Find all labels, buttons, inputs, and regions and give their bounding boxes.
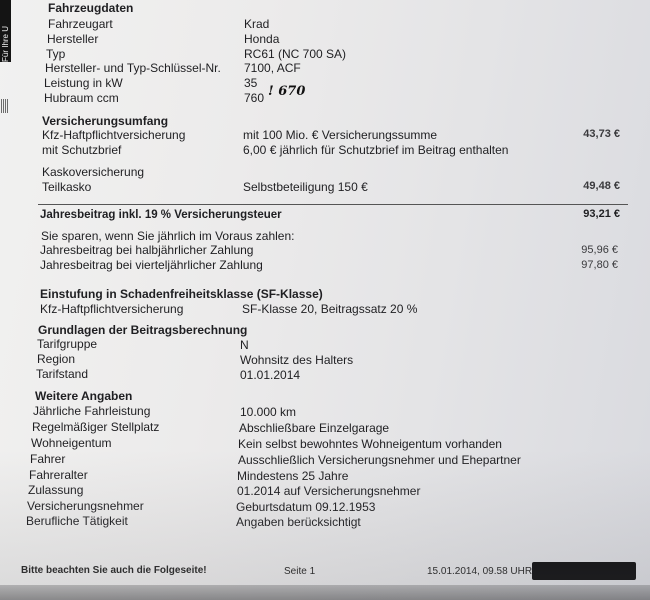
basis-value-tariff-group: N — [240, 338, 249, 352]
basis-heading: Grundlagen der Beitragsberechnung — [38, 323, 247, 337]
savings-intro: Sie sparen, wenn Sie jährlich im Voraus … — [41, 229, 294, 243]
half-yearly-amount: 95,96 € — [538, 244, 618, 256]
partial-casco-amount: 49,48 € — [540, 180, 620, 192]
quarterly-amount: 97,80 € — [538, 259, 618, 271]
protection-letter-label: mit Schutzbrief — [42, 143, 121, 157]
further-label-policyholder: Versicherungsnehmer — [27, 499, 144, 513]
coverage-heading: Versicherungsumfang — [42, 114, 168, 128]
liability-value: mit 100 Mio. € Versicherungssumme — [243, 128, 437, 142]
vehicle-value-model: RC61 (NC 700 SA) — [244, 47, 346, 61]
vehicle-value-type: Krad — [244, 17, 269, 31]
liability-label: Kfz-Haftpflichtversicherung — [42, 128, 185, 142]
further-heading: Weitere Angaben — [35, 389, 132, 403]
partial-casco-label: Teilkasko — [42, 180, 91, 194]
further-label-driver-age: Fahreralter — [29, 468, 88, 482]
vehicle-label-type: Fahrzeugart — [48, 17, 113, 31]
total-amount: 93,21 € — [540, 208, 620, 220]
redaction-bar — [532, 562, 636, 580]
further-value-policyholder: Geburtsdatum 09.12.1953 — [236, 500, 375, 514]
photo-shadow — [0, 585, 650, 600]
vehicle-label-key-number: Hersteller- und Typ-Schlüssel-Nr. — [45, 61, 221, 75]
print-timestamp: 15.01.2014, 09.58 UHR — [427, 566, 532, 577]
page-number: Seite 1 — [284, 566, 315, 577]
vehicle-heading: Fahrzeugdaten — [48, 1, 133, 15]
further-label-parking: Regelmäßiger Stellplatz — [32, 420, 159, 434]
total-label: Jahresbeitrag inkl. 19 % Versicherungste… — [40, 208, 282, 222]
further-value-driver: Ausschließlich Versicherungsnehmer und E… — [238, 453, 521, 467]
sf-class-value: SF-Klasse 20, Beitragssatz 20 % — [242, 302, 417, 316]
further-label-occupation: Berufliche Tätigkeit — [26, 514, 128, 528]
further-value-parking: Abschließbare Einzelgarage — [239, 421, 389, 435]
basis-label-tariff-date: Tarifstand — [36, 367, 88, 381]
vehicle-value-displacement: 760 — [244, 91, 264, 105]
further-label-mileage: Jährliche Fahrleistung — [33, 404, 150, 418]
vehicle-label-model: Typ — [46, 47, 65, 61]
liability-amount: 43,73 € — [540, 128, 620, 140]
basis-label-tariff-group: Tarifgruppe — [37, 337, 97, 351]
sf-class-heading: Einstufung in Schadenfreiheitsklasse (SF… — [40, 287, 323, 301]
basis-label-region: Region — [37, 352, 75, 366]
quarterly-label: Jahresbeitrag bei vierteljährlicher Zahl… — [40, 258, 263, 272]
vehicle-value-key-number: 7100, ACF — [244, 61, 301, 75]
further-value-mileage: 10.000 km — [240, 405, 296, 419]
further-label-registration: Zulassung — [28, 483, 83, 497]
handwritten-correction: ! 670 — [268, 85, 305, 99]
vehicle-value-power: 35 — [244, 76, 257, 90]
vehicle-label-displacement: Hubraum ccm — [44, 91, 119, 105]
half-yearly-label: Jahresbeitrag bei halbjährlicher Zahlung — [40, 243, 253, 257]
further-value-home-ownership: Kein selbst bewohntes Wohneigentum vorha… — [238, 437, 502, 451]
further-label-home-ownership: Wohneigentum — [31, 436, 112, 450]
footer-note: Bitte beachten Sie auch die Folgeseite! — [21, 565, 207, 576]
further-label-driver: Fahrer — [30, 452, 65, 466]
total-divider — [38, 204, 628, 205]
further-value-registration: 01.2014 auf Versicherungsnehmer — [237, 484, 420, 498]
basis-value-tariff-date: 01.01.2014 — [240, 368, 300, 382]
vehicle-value-manufacturer: Honda — [244, 32, 279, 46]
vehicle-label-manufacturer: Hersteller — [47, 32, 98, 46]
further-value-driver-age: Mindestens 25 Jahre — [237, 469, 348, 483]
protection-letter-value: 6,00 € jährlich für Schutzbrief im Beitr… — [243, 143, 508, 157]
side-margin-label: Für Ihre U — [0, 0, 11, 62]
further-value-occupation: Angaben berücksichtigt — [236, 515, 361, 529]
sf-class-label: Kfz-Haftpflichtversicherung — [40, 302, 183, 316]
casco-heading: Kaskoversicherung — [42, 165, 144, 179]
partial-casco-value: Selbstbeteiligung 150 € — [243, 180, 368, 194]
basis-value-region: Wohnsitz des Halters — [240, 353, 353, 367]
vehicle-label-power: Leistung in kW — [44, 76, 123, 90]
margin-barcode-mark — [1, 99, 9, 113]
